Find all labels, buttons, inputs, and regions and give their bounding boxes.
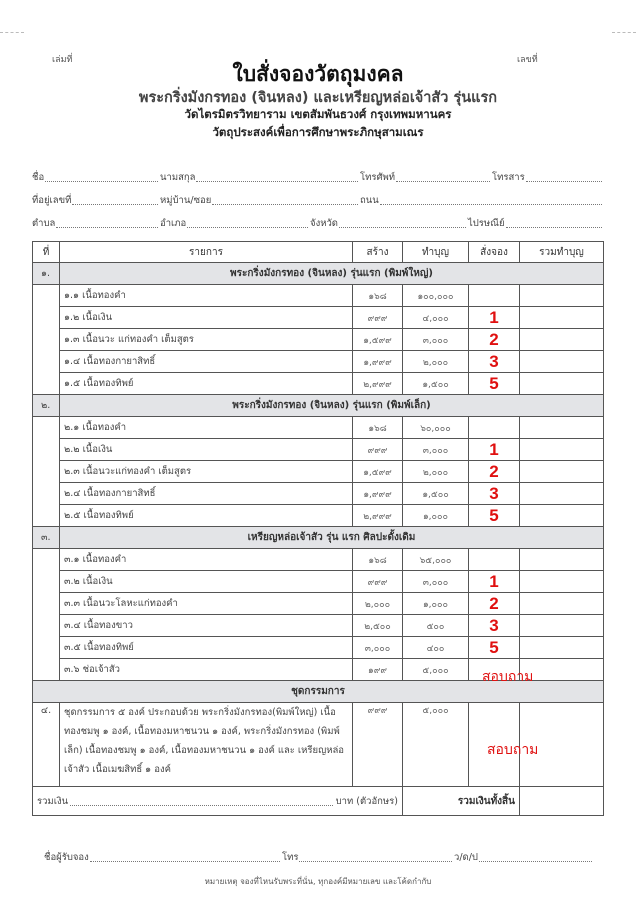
postal-code-field[interactable]: ไปรษณีย์: [468, 216, 604, 231]
donation-amount: ๒,๐๐๐: [403, 351, 469, 373]
donation-amount: ๓,๐๐๐: [403, 329, 469, 351]
order-quantity-cell[interactable]: 1: [469, 571, 520, 593]
col-header-made: สร้าง: [353, 242, 403, 263]
made-count: ๙๙๙: [353, 571, 403, 593]
made-count: ๒,๙๙๙: [353, 505, 403, 527]
set-description: ชุดกรรมการ ๕ องค์ ประกอบด้วย พระกริ่งมัง…: [60, 703, 353, 787]
baht-words-label: บาท (ตัวอักษร): [336, 794, 398, 809]
table-row: ๑.๒ เนื้อเงิน๙๙๙๔,๐๐๐1: [33, 307, 604, 329]
donation-amount: ๖๕,๐๐๐: [403, 549, 469, 571]
made-count: ๒,๙๙๙: [353, 373, 403, 395]
made-count: ๒,๕๐๐: [353, 615, 403, 637]
made-count: ๑,๕๙๙: [353, 461, 403, 483]
donation-amount: ๕,๐๐๐: [403, 703, 469, 787]
section-title: เหรียญหล่อเจ้าสัว รุ่น แรก ศิลปะดั้งเดิม: [60, 527, 604, 549]
table-row: ๑.๓ เนื้อนวะ แก่ทองคำ เต็มสูตร๑,๕๙๙๓,๐๐๐…: [33, 329, 604, 351]
inquire-note-3-6: สอบถาม: [482, 666, 533, 688]
total-donation-cell[interactable]: [520, 571, 604, 593]
edge-mark-left: [0, 32, 24, 33]
item-name: ๑.๑ เนื้อทองคำ: [60, 285, 353, 307]
table-row: ๓.๒ เนื้อเงิน๙๙๙๓,๐๐๐1: [33, 571, 604, 593]
order-quantity-cell[interactable]: 3: [469, 615, 520, 637]
total-donation-cell[interactable]: [520, 549, 604, 571]
form-line-district: ตำบล อำเภอ จังหวัด ไปรษณีย์: [32, 216, 604, 231]
donation-amount: ๖๐,๐๐๐: [403, 417, 469, 439]
order-quantity-cell[interactable]: 5: [469, 505, 520, 527]
order-quantity-cell[interactable]: 2: [469, 461, 520, 483]
donation-amount: ๔๐๐: [403, 637, 469, 659]
table-header-row: ที่ รายการ สร้าง ทำบุญ สั่งจอง รวมทำบุญ: [33, 242, 604, 263]
donation-amount: ๕,๐๐๐: [403, 659, 469, 681]
total-donation-cell[interactable]: [520, 417, 604, 439]
order-quantity-cell[interactable]: 3: [469, 483, 520, 505]
phone-field[interactable]: โทรศัพท์: [360, 170, 492, 185]
inquire-note-set: สอบถาม: [487, 739, 538, 761]
item-name: ๒.๕ เนื้อทองทิพย์: [60, 505, 353, 527]
order-quantity-cell[interactable]: [469, 549, 520, 571]
item-name: ๒.๒ เนื้อเงิน: [60, 439, 353, 461]
order-quantity-cell[interactable]: 1: [469, 439, 520, 461]
total-donation-cell[interactable]: [520, 373, 604, 395]
item-name: ๓.๕ เนื้อทองทิพย์: [60, 637, 353, 659]
table-row: ๒.๕ เนื้อทองทิพย์๒,๙๙๙๑,๐๐๐5: [33, 505, 604, 527]
total-donation-cell[interactable]: [520, 637, 604, 659]
order-quantity-cell[interactable]: 3: [469, 351, 520, 373]
set-number: ๔.: [33, 703, 60, 787]
made-count: ๑๖๘: [353, 417, 403, 439]
grand-total-value[interactable]: [520, 787, 604, 816]
order-quantity-cell[interactable]: 5: [469, 373, 520, 395]
empty-number-cell: [33, 549, 60, 681]
table-row: ๒.๒ เนื้อเงิน๙๙๙๓,๐๐๐1: [33, 439, 604, 461]
total-donation-cell[interactable]: [520, 439, 604, 461]
fax-field[interactable]: โทรสาร: [492, 170, 604, 185]
col-header-donation: ทำบุญ: [403, 242, 469, 263]
total-donation-cell[interactable]: [520, 329, 604, 351]
section-title: พระกริ่งมังกรทอง (จินหลง) รุ่นแรก (พิมพ์…: [60, 263, 604, 285]
item-name: ๓.๓ เนื้อนวะโลหะแก่ทองคำ: [60, 593, 353, 615]
donation-amount: ๑,๐๐๐: [403, 593, 469, 615]
first-name-field[interactable]: ชื่อ: [32, 170, 160, 185]
order-quantity-cell[interactable]: 2: [469, 329, 520, 351]
total-donation-cell[interactable]: [520, 593, 604, 615]
col-header-item: รายการ: [60, 242, 353, 263]
donation-amount: ๒,๐๐๐: [403, 461, 469, 483]
section-header-row: ๓.เหรียญหล่อเจ้าสัว รุ่น แรก ศิลปะดั้งเด…: [33, 527, 604, 549]
made-count: ๑,๕๙๙: [353, 329, 403, 351]
donation-amount: ๑,๐๐๐: [403, 505, 469, 527]
last-name-field[interactable]: นามสกุล: [160, 170, 360, 185]
subdistrict-field[interactable]: ตำบล: [32, 216, 160, 231]
table-row: ๓.๓ เนื้อนวะโลหะแก่ทองคำ๒,๐๐๐๑,๐๐๐2: [33, 593, 604, 615]
receiver-phone-field[interactable]: โทร: [282, 850, 454, 865]
item-name: ๑.๕ เนื้อทองทิพย์: [60, 373, 353, 395]
table-row: ๑.๔ เนื้อทองกายาสิทธิ์๑,๙๙๙๒,๐๐๐3: [33, 351, 604, 373]
donation-amount: ๔,๐๐๐: [403, 307, 469, 329]
total-donation-cell[interactable]: [520, 351, 604, 373]
footnote: หมายเหตุ จองที่ไหนรับพระที่นั่น, ทุกองค์…: [0, 875, 636, 888]
temple-name: วัดไตรมิตรวิทยาราม เขตสัมพันธวงศ์ กรุงเท…: [0, 106, 636, 124]
order-quantity-cell[interactable]: 1: [469, 307, 520, 329]
form-line-address: ที่อยู่เลขที่ หมู่บ้าน/ซอย ถนน: [32, 193, 604, 208]
donation-amount: ๑,๕๐๐: [403, 373, 469, 395]
purpose: วัตถุประสงค์เพื่อการศึกษาพระภิกษุสามเณร: [0, 124, 636, 142]
made-count: ๙๙๙: [353, 703, 403, 787]
empty-number-cell: [33, 285, 60, 395]
province-field[interactable]: จังหวัด: [310, 216, 468, 231]
made-count: ๒,๐๐๐: [353, 593, 403, 615]
section-number: ๓.: [33, 527, 60, 549]
col-header-no: ที่: [33, 242, 60, 263]
item-name: ๒.๑ เนื้อทองคำ: [60, 417, 353, 439]
order-quantity-cell[interactable]: [469, 285, 520, 307]
made-count: ๑,๙๙๙: [353, 483, 403, 505]
table-row: ๓.๕ เนื้อทองทิพย์๓,๐๐๐๔๐๐5: [33, 637, 604, 659]
section-number: ๑.: [33, 263, 60, 285]
made-count: ๑,๙๙๙: [353, 351, 403, 373]
form-line-name: ชื่อ นามสกุล โทรศัพท์ โทรสาร: [32, 170, 604, 185]
table-row: ๑.๑ เนื้อทองคำ๑๖๘๑๐๐,๐๐๐: [33, 285, 604, 307]
date-field[interactable]: ว/ด/ป: [454, 850, 594, 865]
section-header-row: ๑.พระกริ่งมังกรทอง (จินหลง) รุ่นแรก (พิม…: [33, 263, 604, 285]
village-soi-field[interactable]: หมู่บ้าน/ซอย: [160, 193, 360, 208]
total-donation-cell[interactable]: [520, 505, 604, 527]
donation-amount: ๓,๐๐๐: [403, 571, 469, 593]
amount-in-words-field[interactable]: รวมเงินบาท (ตัวอักษร): [33, 787, 403, 816]
made-count: ๙๙๙: [353, 439, 403, 461]
district-field[interactable]: อำเภอ: [160, 216, 310, 231]
total-donation-cell[interactable]: [520, 285, 604, 307]
total-donation-cell[interactable]: [520, 461, 604, 483]
table-row: ๒.๓ เนื้อนวะแก่ทองคำ เต็มสูตร๑,๕๙๙๒,๐๐๐2: [33, 461, 604, 483]
item-name: ๒.๓ เนื้อนวะแก่ทองคำ เต็มสูตร: [60, 461, 353, 483]
order-quantity-cell[interactable]: [469, 417, 520, 439]
made-count: ๙๙๙: [353, 307, 403, 329]
table-row: ๒.๑ เนื้อทองคำ๑๖๘๖๐,๐๐๐: [33, 417, 604, 439]
table-row: ๓.๔ เนื้อทองขาว๒,๕๐๐๕๐๐3: [33, 615, 604, 637]
grand-total-label: รวมเงินทั้งสิ้น: [403, 787, 520, 816]
total-donation-cell[interactable]: [520, 483, 604, 505]
order-quantity-cell[interactable]: 2: [469, 593, 520, 615]
amount-label: รวมเงิน: [37, 794, 68, 809]
table-row: ๓.๑ เนื้อทองคำ๑๖๘๖๕,๐๐๐: [33, 549, 604, 571]
empty-number-cell: [33, 417, 60, 527]
total-donation-cell[interactable]: [520, 307, 604, 329]
donation-amount: ๑,๕๐๐: [403, 483, 469, 505]
total-donation-cell[interactable]: [520, 615, 604, 637]
donation-amount: ๑๐๐,๐๐๐: [403, 285, 469, 307]
item-name: ๑.๒ เนื้อเงิน: [60, 307, 353, 329]
table-row: ๑.๕ เนื้อทองทิพย์๒,๙๙๙๑,๕๐๐5: [33, 373, 604, 395]
item-name: ๓.๒ เนื้อเงิน: [60, 571, 353, 593]
item-name: ๓.๔ เนื้อทองขาว: [60, 615, 353, 637]
order-quantity-cell[interactable]: 5: [469, 637, 520, 659]
made-count: ๓,๐๐๐: [353, 637, 403, 659]
item-name: ๓.๖ ช่อเจ้าสัว: [60, 659, 353, 681]
made-count: ๑๖๘: [353, 549, 403, 571]
donation-amount: ๓,๐๐๐: [403, 439, 469, 461]
edge-mark-right: [612, 32, 636, 33]
section-number: ๒.: [33, 395, 60, 417]
total-row: รวมเงินบาท (ตัวอักษร)รวมเงินทั้งสิ้น: [33, 787, 604, 816]
item-name: ๑.๔ เนื้อทองกายาสิทธิ์: [60, 351, 353, 373]
made-count: ๑๙๙: [353, 659, 403, 681]
house-number-field[interactable]: ที่อยู่เลขที่: [32, 193, 160, 208]
donation-amount: ๕๐๐: [403, 615, 469, 637]
col-header-total: รวมทำบุญ: [520, 242, 604, 263]
item-name: ๒.๔ เนื้อทองกายาสิทธิ์: [60, 483, 353, 505]
receiver-name-field[interactable]: ชื่อผู้รับจอง: [44, 850, 282, 865]
col-header-order: สั่งจอง: [469, 242, 520, 263]
road-field[interactable]: ถนน: [360, 193, 604, 208]
section-title: พระกริ่งมังกรทอง (จินหลง) รุ่นแรก (พิมพ์…: [60, 395, 604, 417]
order-table: ที่ รายการ สร้าง ทำบุญ สั่งจอง รวมทำบุญ …: [32, 241, 604, 816]
section-header-row: ๒.พระกริ่งมังกรทอง (จินหลง) รุ่นแรก (พิม…: [33, 395, 604, 417]
table-row: ๒.๔ เนื้อทองกายาสิทธิ์๑,๙๙๙๑,๕๐๐3: [33, 483, 604, 505]
receiver-line: ชื่อผู้รับจอง โทร ว/ด/ป: [44, 850, 594, 865]
made-count: ๑๖๘: [353, 285, 403, 307]
item-name: ๓.๑ เนื้อทองคำ: [60, 549, 353, 571]
item-name: ๑.๓ เนื้อนวะ แก่ทองคำ เต็มสูตร: [60, 329, 353, 351]
